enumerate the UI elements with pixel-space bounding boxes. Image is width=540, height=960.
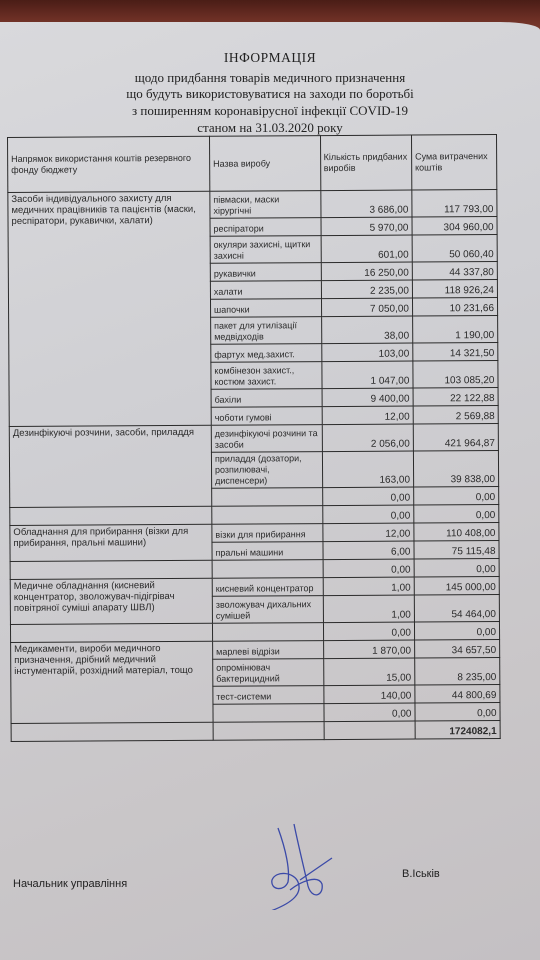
- quantity-cell: 7 050,00: [321, 298, 413, 317]
- table-body: Засоби індивідуального захисту для медич…: [8, 190, 500, 742]
- sum-cell: 10 231,66: [412, 298, 497, 317]
- header-direction: Напрямок використання коштів резервного …: [8, 136, 210, 192]
- sum-cell: 2 569,88: [413, 406, 498, 425]
- sum-cell: 44 337,80: [412, 262, 497, 281]
- quantity-cell: 0,00: [323, 622, 415, 641]
- total-row: 1724082,1: [11, 720, 500, 741]
- item-cell: [212, 560, 323, 579]
- item-cell: кисневий концентратор: [212, 578, 323, 597]
- item-cell: [212, 623, 323, 642]
- sum-cell: 118 926,24: [412, 280, 497, 299]
- table-header-row: Напрямок використання коштів резервного …: [8, 135, 497, 193]
- item-cell: фартух мед.захист.: [211, 344, 322, 363]
- sum-cell: 1 190,00: [413, 316, 498, 344]
- purchases-table: Напрямок використання коштів резервного …: [7, 134, 501, 742]
- quantity-cell: 0,00: [323, 703, 415, 722]
- quantity-cell: 1 870,00: [323, 640, 415, 659]
- quantity-cell: 0,00: [322, 505, 414, 524]
- sum-cell: 421 964,87: [413, 424, 498, 452]
- empty-cell: [324, 721, 416, 740]
- sum-cell: 304 960,00: [412, 217, 497, 236]
- item-cell: чоботи гумові: [211, 407, 322, 426]
- quantity-cell: 1,00: [323, 595, 415, 623]
- empty-cell: [11, 722, 213, 741]
- sum-cell: 75 115,48: [414, 541, 499, 560]
- item-cell: [212, 488, 323, 507]
- header-item-name: Назва виробу: [209, 136, 320, 192]
- sum-cell: 39 838,00: [413, 451, 498, 488]
- item-cell: дезинфікуючі розчини та засоби: [211, 425, 322, 453]
- sum-cell: 110 408,00: [414, 523, 499, 542]
- item-cell: [213, 704, 324, 723]
- signer-position: Начальник управління: [13, 878, 127, 890]
- quantity-cell: 601,00: [321, 235, 413, 263]
- quantity-cell: 140,00: [323, 685, 415, 704]
- sum-cell: 0,00: [414, 487, 499, 506]
- sum-cell: 14 321,50: [413, 343, 498, 362]
- item-cell: візки для прибирання: [212, 524, 323, 543]
- quantity-cell: 163,00: [322, 451, 414, 488]
- sum-cell: 34 657,50: [415, 640, 500, 659]
- quantity-cell: 3 686,00: [320, 190, 412, 218]
- signature-icon: [260, 820, 370, 910]
- quantity-cell: 12,00: [322, 523, 414, 542]
- quantity-cell: 5 970,00: [321, 217, 413, 236]
- quantity-cell: 2 235,00: [321, 280, 413, 299]
- item-cell: респіратори: [210, 218, 321, 237]
- item-cell: бахіли: [211, 389, 322, 408]
- quantity-cell: 16 250,00: [321, 262, 413, 281]
- empty-cell: [213, 722, 324, 741]
- sum-cell: 0,00: [415, 702, 500, 721]
- table-row: Засоби індивідуального захисту для медич…: [8, 190, 497, 220]
- sum-cell: 0,00: [414, 559, 499, 578]
- quantity-cell: 9 400,00: [322, 388, 414, 407]
- sum-cell: 22 122,88: [413, 388, 498, 407]
- header-sum: Сума витрачених коштів: [411, 135, 496, 191]
- table-row: Дезинфікуючі розчини, засоби, приладдяде…: [9, 424, 498, 454]
- sum-cell: 8 235,00: [415, 658, 500, 686]
- item-cell: півмаски, маски хірургічні: [210, 191, 321, 219]
- header-quantity: Кількість придбаних виробів: [320, 135, 412, 191]
- item-cell: тест-системи: [213, 686, 324, 705]
- category-cell: Медикаменти, вироби медичного призначенн…: [11, 641, 213, 723]
- sum-cell: 0,00: [414, 622, 499, 641]
- item-cell: рукавички: [210, 263, 321, 282]
- quantity-cell: 0,00: [323, 559, 415, 578]
- category-cell: [10, 560, 212, 579]
- category-cell: Обладнання для прибирання (візки для при…: [10, 524, 212, 561]
- item-cell: пакет для утилізації медвідходів: [211, 317, 322, 345]
- quantity-cell: 1 047,00: [321, 361, 413, 389]
- item-cell: комбінезон захист., костюм захист.: [211, 362, 322, 390]
- signer-name: В.Іськів: [402, 868, 440, 880]
- sum-cell: 50 060,40: [412, 235, 497, 263]
- category-cell: Засоби індивідуального захисту для медич…: [8, 191, 211, 426]
- item-cell: пральні машини: [212, 542, 323, 561]
- quantity-cell: 2 056,00: [322, 424, 414, 452]
- sum-cell: 44 800,69: [415, 684, 500, 703]
- category-cell: Дезинфікуючі розчини, засоби, приладдя: [9, 425, 211, 507]
- sum-cell: 0,00: [414, 505, 499, 524]
- subtitle-line-2: що будуть використовуватися на заходи по…: [0, 86, 540, 102]
- quantity-cell: 6,00: [322, 541, 414, 560]
- category-cell: [10, 623, 212, 642]
- category-cell: Медичне обладнання (кисневий концентрато…: [10, 578, 212, 624]
- quantity-cell: 103,00: [321, 343, 413, 362]
- sum-cell: 117 793,00: [412, 190, 497, 218]
- sum-cell: 54 464,00: [414, 595, 499, 623]
- sum-cell: 145 000,00: [414, 577, 499, 596]
- subtitle-line-1: щодо придбання товарів медичного признач…: [0, 70, 540, 86]
- quantity-cell: 38,00: [321, 316, 413, 344]
- subtitle-line-3: з поширенням коронавірусної інфекції COV…: [0, 103, 540, 119]
- quantity-cell: 12,00: [322, 406, 414, 425]
- item-cell: марлеві відрізи: [213, 641, 324, 660]
- item-cell: зволожувач дихальних сумішей: [212, 596, 323, 624]
- item-cell: халати: [210, 281, 321, 300]
- category-cell: [10, 506, 212, 525]
- item-cell: шапочки: [210, 299, 321, 318]
- item-cell: опромінювач бактерицидний: [213, 659, 324, 687]
- quantity-cell: 0,00: [322, 487, 414, 506]
- item-cell: окуляри захисні, щитки захисні: [210, 236, 321, 264]
- quantity-cell: 15,00: [323, 658, 415, 686]
- item-cell: [212, 506, 323, 525]
- sum-cell: 103 085,20: [413, 361, 498, 389]
- total-value: 1724082,1: [415, 720, 500, 739]
- item-cell: приладдя (дозатори, розпилювачі, диспенс…: [211, 452, 322, 489]
- document-title: ІНФОРМАЦІЯ: [0, 50, 540, 66]
- quantity-cell: 1,00: [323, 577, 415, 596]
